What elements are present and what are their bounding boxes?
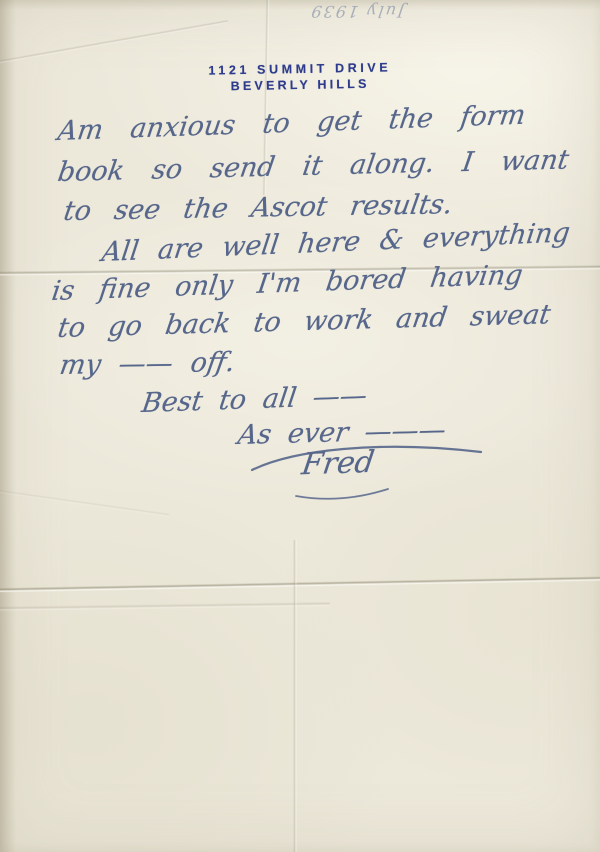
handwriting-line-3: to see the Ascot results. <box>62 189 455 227</box>
fold-crease-diagonal-mid-left <box>0 487 169 517</box>
signature-name: Fred <box>300 445 377 483</box>
handwriting-line-7: my —— off. <box>58 347 238 381</box>
pencil-date-annotation: July 1939 <box>281 2 434 21</box>
letter-paper: July 1939 1121 SUMMIT DRIVE BEVERLY HILL… <box>0 0 600 852</box>
handwriting-line-2: book so send it along. I want <box>56 144 571 188</box>
letterhead: 1121 SUMMIT DRIVE BEVERLY HILLS <box>0 57 600 97</box>
fold-crease-horizontal-lower <box>0 576 600 593</box>
fold-crease-diagonal-top-left <box>0 19 228 68</box>
fold-crease-vertical-bottom <box>293 540 297 852</box>
fold-crease-horizontal-lower-secondary <box>0 602 330 612</box>
handwriting-line-6: to go back to work and sweat <box>56 299 553 344</box>
handwriting-line-1: Am anxious to get the form <box>56 100 528 147</box>
closing-line-1: Best to all —— <box>140 380 369 419</box>
paper-edge-shading-left <box>0 0 16 852</box>
